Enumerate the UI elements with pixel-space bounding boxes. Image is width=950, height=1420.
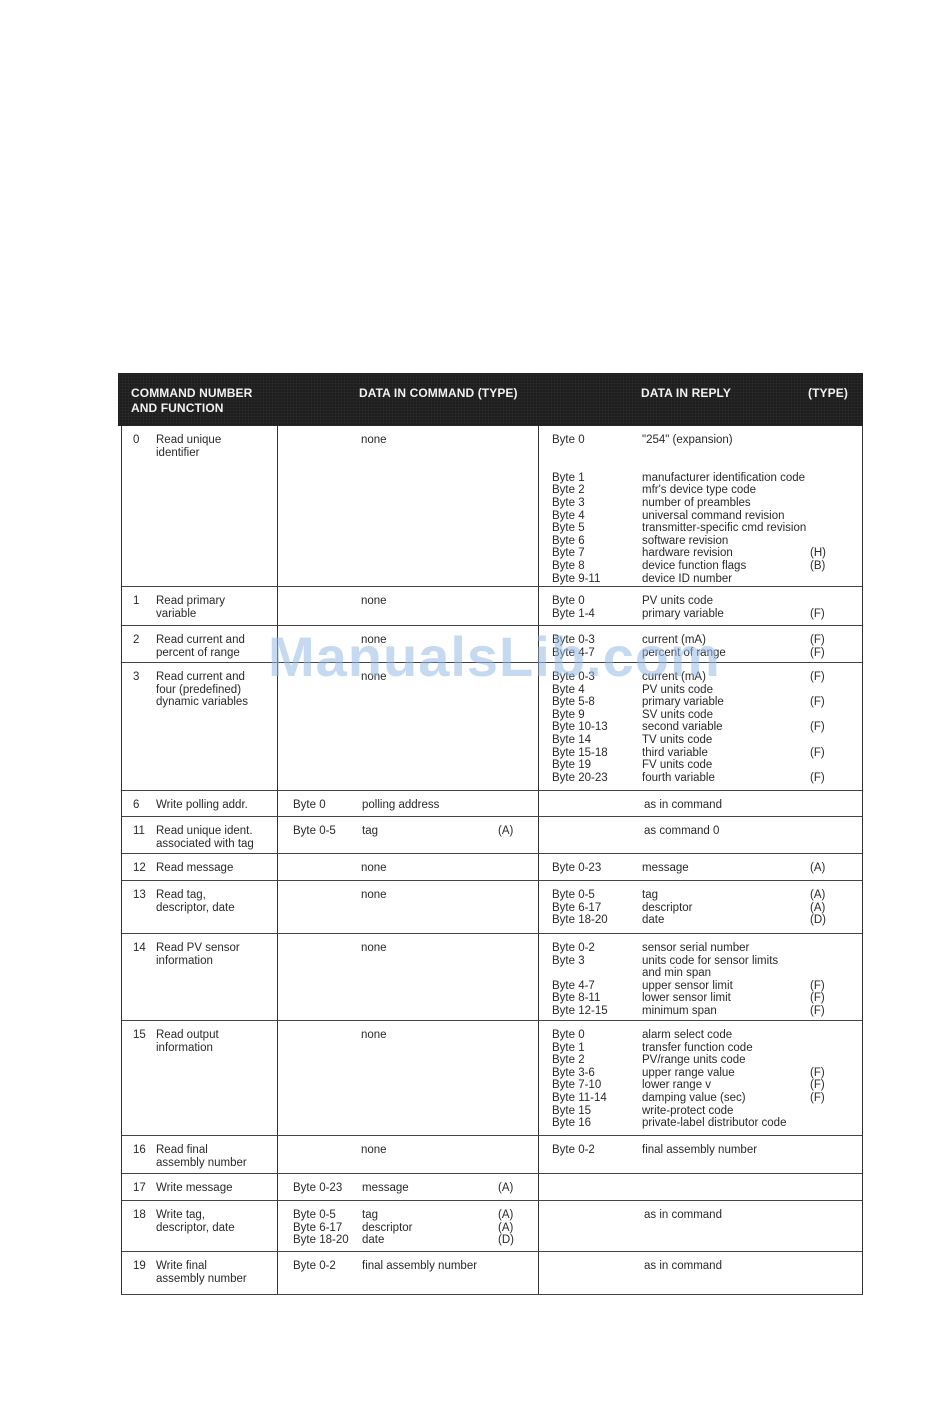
reply-byte: Byte 8 — [552, 560, 585, 573]
command-number: 3 — [133, 671, 139, 684]
reply-desc: units code for sensor limits — [642, 955, 778, 968]
reply-byte: Byte 0 — [552, 434, 585, 447]
command-byte: Byte 0-23 — [293, 1182, 342, 1195]
reply-byte: Byte 2 — [552, 1054, 585, 1067]
reply-desc: PV units code — [642, 684, 713, 697]
command-type: (A) — [498, 1209, 513, 1222]
hart-command-table: COMMAND NUMBER AND FUNCTION DATA IN COMM… — [118, 373, 863, 1295]
reply-desc: descriptor — [642, 902, 693, 915]
reply-type: (F) — [810, 634, 825, 647]
command-desc: polling address — [362, 799, 439, 812]
command-number: 2 — [133, 634, 139, 647]
command-data-none: none — [361, 671, 387, 684]
command-desc: tag — [362, 825, 378, 838]
header-type: (TYPE) — [808, 386, 848, 401]
reply-desc: primary variable — [642, 608, 724, 621]
reply-desc: manufacturer identification code — [642, 472, 805, 485]
command-function: Read final assembly number — [156, 1144, 274, 1169]
command-function: Write final assembly number — [156, 1260, 274, 1285]
column-divider — [538, 626, 539, 662]
command-function: Read current and percent of range — [156, 634, 274, 659]
header-data-in-reply: DATA IN REPLY — [641, 386, 731, 401]
reply-byte: Byte 0-2 — [552, 1144, 595, 1157]
command-desc: tag — [362, 1209, 378, 1222]
reply-desc: PV/range units code — [642, 1054, 746, 1067]
command-data-none: none — [361, 1029, 387, 1042]
reply-type: (A) — [810, 902, 825, 915]
reply-desc: upper range value — [642, 1067, 735, 1080]
command-number: 13 — [133, 889, 146, 902]
command-function: Read output information — [156, 1029, 274, 1054]
reply-desc: final assembly number — [642, 1144, 757, 1157]
column-divider — [538, 791, 539, 816]
command-data-none: none — [361, 1144, 387, 1157]
command-function: Read PV sensor information — [156, 942, 274, 967]
reply-desc: private-label distributor code — [642, 1117, 786, 1130]
reply-byte: Byte 3 — [552, 497, 585, 510]
column-divider — [277, 791, 278, 816]
reply-byte: Byte 0-3 — [552, 634, 595, 647]
column-divider — [538, 817, 539, 853]
reply-byte: Byte 8-11 — [552, 992, 600, 1005]
reply-desc: device function flags — [642, 560, 746, 573]
reply-note: as in command — [644, 799, 722, 812]
table-row: 13Read tag, descriptor, datenoneByte 0-5… — [122, 881, 862, 934]
column-divider — [277, 817, 278, 853]
command-function: Read tag, descriptor, date — [156, 889, 274, 914]
reply-desc: alarm select code — [642, 1029, 732, 1042]
column-divider — [538, 934, 539, 1020]
reply-type: (F) — [810, 696, 825, 709]
command-desc: final assembly number — [362, 1260, 477, 1273]
column-divider — [277, 626, 278, 662]
command-function: Write polling addr. — [156, 799, 274, 812]
reply-type: (A) — [810, 862, 825, 875]
reply-byte: Byte 11-14 — [552, 1092, 607, 1105]
reply-byte: Byte 4-7 — [552, 980, 595, 993]
command-data-none: none — [361, 942, 387, 955]
reply-byte: Byte 7 — [552, 547, 585, 560]
column-divider — [277, 1252, 278, 1294]
reply-byte: Byte 4 — [552, 684, 585, 697]
command-number: 12 — [133, 862, 146, 875]
reply-byte: Byte 15 — [552, 1105, 591, 1118]
table-body: 0Read unique identifiernoneByte 0"254" (… — [121, 426, 863, 1295]
column-divider — [538, 1136, 539, 1173]
reply-type: (H) — [810, 547, 826, 560]
reply-byte: Byte 5 — [552, 522, 585, 535]
column-divider — [538, 1021, 539, 1135]
header-command-number-function: COMMAND NUMBER AND FUNCTION — [131, 386, 252, 416]
table-row: 18Write tag, descriptor, dateByte 0-5tag… — [122, 1201, 862, 1252]
reply-byte: Byte 0 — [552, 1029, 585, 1042]
column-divider — [277, 663, 278, 790]
reply-desc: upper sensor limit — [642, 980, 733, 993]
reply-desc: TV units code — [642, 734, 712, 747]
command-data-none: none — [361, 862, 387, 875]
reply-desc: fourth variable — [642, 772, 715, 785]
reply-byte: Byte 9-11 — [552, 573, 600, 586]
reply-byte: Byte 20-23 — [552, 772, 608, 785]
command-byte: Byte 18-20 — [293, 1234, 349, 1247]
reply-byte: Byte 0-5 — [552, 889, 595, 902]
command-type: (A) — [498, 1182, 513, 1195]
column-divider — [277, 854, 278, 880]
reply-desc: universal command revision — [642, 510, 785, 523]
table-row: 3Read current and four (predefined) dyna… — [122, 663, 862, 791]
reply-note: as in command — [644, 1260, 722, 1273]
column-divider — [277, 426, 278, 586]
reply-byte: Byte 9 — [552, 709, 585, 722]
column-divider — [538, 663, 539, 790]
command-number: 1 — [133, 595, 139, 608]
reply-type: (F) — [810, 1079, 825, 1092]
column-divider — [538, 587, 539, 625]
command-number: 16 — [133, 1144, 146, 1157]
reply-desc: damping value (sec) — [642, 1092, 746, 1105]
reply-byte: Byte 16 — [552, 1117, 591, 1130]
command-desc: message — [362, 1182, 409, 1195]
reply-desc: number of preambles — [642, 497, 751, 510]
reply-byte: Byte 2 — [552, 484, 585, 497]
command-type: (A) — [498, 1222, 513, 1235]
reply-note: as in command — [644, 1209, 722, 1222]
column-divider — [538, 1201, 539, 1251]
reply-byte: Byte 14 — [552, 734, 591, 747]
command-number: 15 — [133, 1029, 146, 1042]
reply-desc: device ID number — [642, 573, 732, 586]
reply-desc: tag — [642, 889, 658, 902]
column-divider — [277, 587, 278, 625]
reply-byte: Byte 3-6 — [552, 1067, 595, 1080]
column-divider — [538, 1252, 539, 1294]
command-type: (A) — [498, 825, 513, 838]
reply-byte: Byte 0-23 — [552, 862, 601, 875]
command-byte: Byte 0 — [293, 799, 326, 812]
table-row: 14Read PV sensor informationnoneByte 0-2… — [122, 934, 862, 1021]
command-data-none: none — [361, 889, 387, 902]
reply-type: (F) — [810, 647, 825, 660]
reply-byte: Byte 6-17 — [552, 902, 601, 915]
reply-type: (F) — [810, 980, 825, 993]
table-row: 17Write messageByte 0-23message(A) — [122, 1174, 862, 1201]
command-number: 17 — [133, 1182, 146, 1195]
command-desc: date — [362, 1234, 384, 1247]
reply-byte: Byte 0 — [552, 595, 585, 608]
reply-type: (F) — [810, 721, 825, 734]
command-function: Read primary variable — [156, 595, 274, 620]
reply-type: (F) — [810, 671, 825, 684]
reply-desc: minimum span — [642, 1005, 717, 1018]
table-row: 0Read unique identifiernoneByte 0"254" (… — [122, 426, 862, 587]
command-number: 11 — [133, 825, 145, 838]
reply-note: as command 0 — [644, 825, 719, 838]
table-row: 1Read primary variablenoneByte 0PV units… — [122, 587, 862, 626]
reply-type: (A) — [810, 889, 825, 902]
reply-desc: primary variable — [642, 696, 724, 709]
table-row: 2Read current and percent of rangenoneBy… — [122, 626, 862, 663]
reply-desc: software revision — [642, 535, 728, 548]
reply-byte: Byte 19 — [552, 759, 591, 772]
reply-byte: Byte 4-7 — [552, 647, 595, 660]
command-type: (D) — [498, 1234, 514, 1247]
column-divider — [538, 854, 539, 880]
command-number: 14 — [133, 942, 146, 955]
reply-type: (F) — [810, 1005, 825, 1018]
column-divider — [277, 1201, 278, 1251]
column-divider — [277, 1174, 278, 1200]
command-number: 0 — [133, 434, 139, 447]
reply-byte: Byte 15-18 — [552, 747, 608, 760]
command-function: Read message — [156, 862, 274, 875]
reply-desc: message — [642, 862, 689, 875]
command-desc: descriptor — [362, 1222, 413, 1235]
column-divider — [538, 426, 539, 586]
command-function: Read current and four (predefined) dynam… — [156, 671, 274, 709]
reply-desc: lower sensor limit — [642, 992, 731, 1005]
command-number: 19 — [133, 1260, 146, 1273]
reply-type: (F) — [810, 992, 825, 1005]
reply-type: (F) — [810, 608, 825, 621]
table-row: 12Read messagenoneByte 0-23message(A) — [122, 854, 862, 881]
reply-byte: Byte 10-13 — [552, 721, 608, 734]
reply-desc: SV units code — [642, 709, 713, 722]
reply-desc: percent of range — [642, 647, 726, 660]
reply-desc: transmitter-specific cmd revision — [642, 522, 806, 535]
reply-desc: PV units code — [642, 595, 713, 608]
reply-byte: Byte 4 — [552, 510, 585, 523]
column-divider — [538, 881, 539, 933]
column-divider — [277, 934, 278, 1020]
table-row: 16Read final assembly numbernoneByte 0-2… — [122, 1136, 862, 1174]
reply-desc: lower range v — [642, 1079, 711, 1092]
reply-desc: write-protect code — [642, 1105, 733, 1118]
command-data-none: none — [361, 434, 387, 447]
reply-byte: Byte 0-2 — [552, 942, 595, 955]
reply-type: (F) — [810, 772, 825, 785]
reply-byte: Byte 6 — [552, 535, 585, 548]
reply-type: (F) — [810, 1092, 825, 1105]
reply-desc: hardware revision — [642, 547, 733, 560]
reply-type: (F) — [810, 1067, 825, 1080]
command-data-none: none — [361, 595, 387, 608]
column-divider — [277, 1136, 278, 1173]
reply-byte: Byte 1 — [552, 472, 585, 485]
reply-desc: third variable — [642, 747, 708, 760]
table-header: COMMAND NUMBER AND FUNCTION DATA IN COMM… — [118, 373, 863, 426]
reply-desc: date — [642, 914, 664, 927]
column-divider — [277, 881, 278, 933]
command-byte: Byte 0-2 — [293, 1260, 336, 1273]
command-number: 18 — [133, 1209, 146, 1222]
table-row: 19Write final assembly numberByte 0-2fin… — [122, 1252, 862, 1295]
reply-desc: mfr's device type code — [642, 484, 756, 497]
command-function: Write tag, descriptor, date — [156, 1209, 274, 1234]
reply-byte: Byte 0-3 — [552, 671, 595, 684]
command-function: Write message — [156, 1182, 274, 1195]
command-data-none: none — [361, 634, 387, 647]
reply-byte: Byte 12-15 — [552, 1005, 608, 1018]
table-row: 11Read unique ident. associated with tag… — [122, 817, 862, 854]
reply-desc: transfer function code — [642, 1042, 753, 1055]
column-divider — [277, 1021, 278, 1135]
reply-byte: Byte 1-4 — [552, 608, 595, 621]
reply-desc: current (mA) — [642, 671, 706, 684]
command-byte: Byte 0-5 — [293, 825, 336, 838]
table-row: 6Write polling addr.Byte 0polling addres… — [122, 791, 862, 817]
reply-byte: Byte 5-8 — [552, 696, 595, 709]
reply-desc: FV units code — [642, 759, 712, 772]
reply-type: (F) — [810, 747, 825, 760]
command-function: Read unique ident. associated with tag — [156, 825, 274, 850]
command-byte: Byte 6-17 — [293, 1222, 342, 1235]
reply-desc: current (mA) — [642, 634, 706, 647]
command-byte: Byte 0-5 — [293, 1209, 336, 1222]
reply-byte: Byte 1 — [552, 1042, 585, 1055]
reply-type: (D) — [810, 914, 826, 927]
table-row: 15Read output informationnoneByte 0alarm… — [122, 1021, 862, 1136]
reply-desc: sensor serial number — [642, 942, 749, 955]
reply-desc: second variable — [642, 721, 723, 734]
command-number: 6 — [133, 799, 139, 812]
reply-byte: Byte 18-20 — [552, 914, 608, 927]
reply-desc: "254" (expansion) — [642, 434, 733, 447]
reply-type: (B) — [810, 560, 825, 573]
header-data-in-command: DATA IN COMMAND (TYPE) — [359, 386, 518, 401]
reply-byte: Byte 3 — [552, 955, 585, 968]
reply-desc: and min span — [642, 967, 711, 980]
reply-byte: Byte 7-10 — [552, 1079, 601, 1092]
column-divider — [538, 1174, 539, 1200]
command-function: Read unique identifier — [156, 434, 274, 459]
